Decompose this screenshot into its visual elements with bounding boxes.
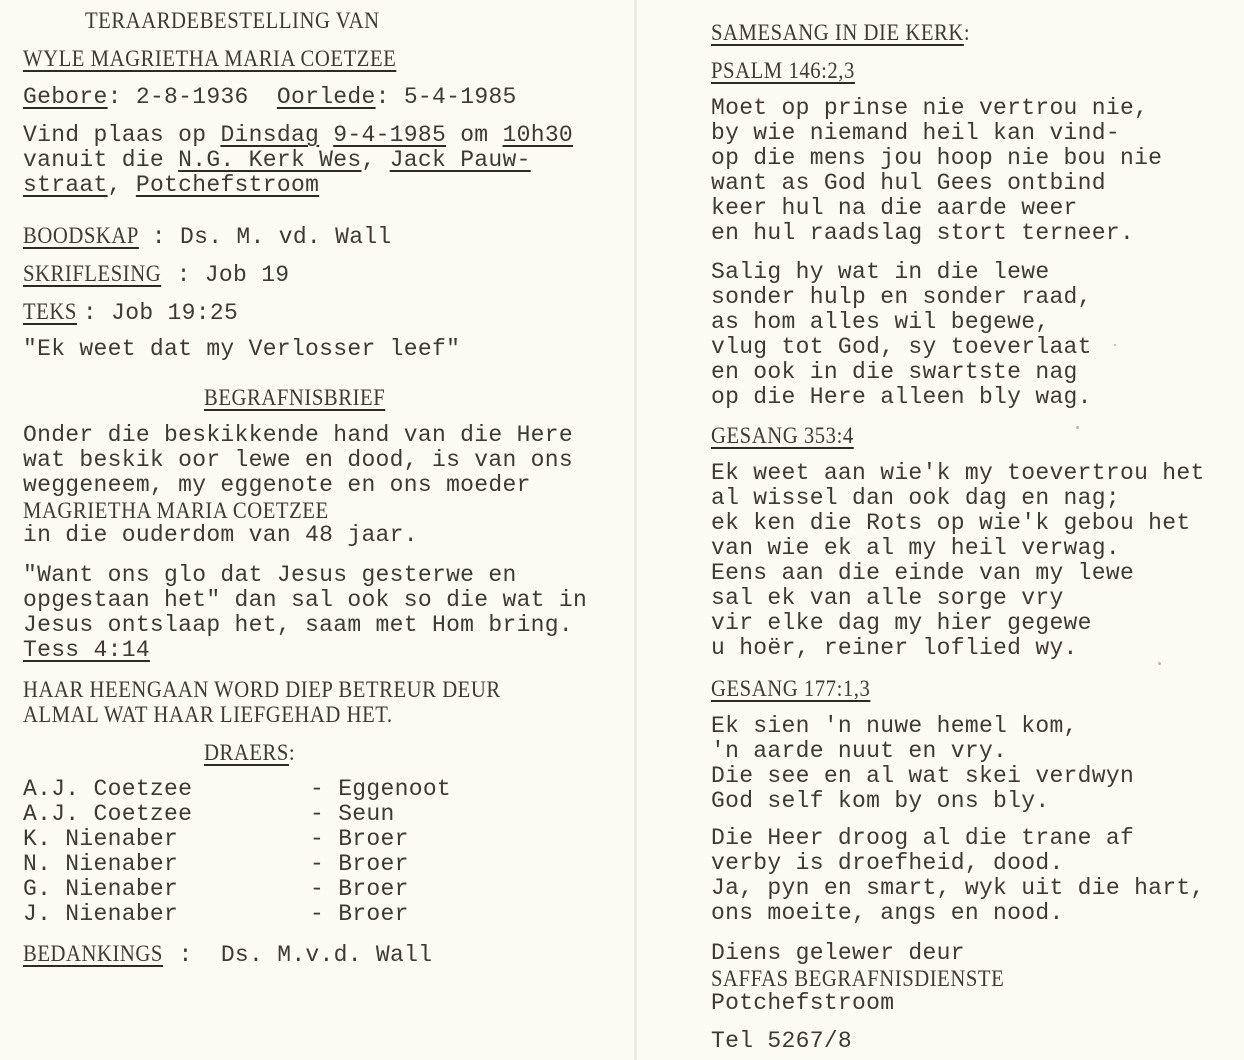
song-title: GESANG 353:4 <box>711 423 854 448</box>
brief-line: MAGRIETHA MARIA COETZEE <box>23 498 329 523</box>
pallbearer-name: G. Nienaber <box>23 877 178 902</box>
paper-speck <box>1158 662 1161 665</box>
song-lyric-line: u hoër, reiner loflied wy. <box>711 636 1078 661</box>
song-lyric-line: Ja, pyn en smart, wyk uit die hart, <box>711 876 1205 901</box>
paper-speck <box>1114 344 1116 346</box>
song-lyric-line: en ook in die swartste nag <box>711 360 1078 385</box>
song-lyric-line: op die mens jou hoop nie bou nie <box>711 146 1162 171</box>
born-date: 2-8-1936 <box>136 84 249 110</box>
service-time: 10h30 <box>503 122 574 148</box>
venue-line-1: Vind plaas op Dinsdag 9-4-1985 om 10h30 <box>23 123 573 148</box>
skriflesing-value: Job 19 <box>205 262 290 288</box>
song-lyric-line: by wie niemand heil kan vind- <box>711 121 1120 146</box>
venue-line-3: straat, Potchefstroom <box>23 173 319 198</box>
brief-heading: BEGRAFNISBRIEF <box>204 385 385 410</box>
service-day: Dinsdag <box>220 122 319 148</box>
boodskap-value: Ds. M. vd. Wall <box>180 224 392 250</box>
dates-line: Gebore: 2-8-1936 Oorlede: 5-4-1985 <box>23 85 517 110</box>
teks-label: TEKS <box>23 299 77 324</box>
program-header: TERAARDEBESTELLING VAN <box>85 8 380 33</box>
brief-line: in die ouderdom van 48 jaar. <box>23 523 418 548</box>
scripture-line: "Want ons glo dat Jesus gesterwe en <box>23 563 517 588</box>
scripture-line: opgestaan het" dan sal ook so die wat in <box>23 588 587 613</box>
bedankings-value: Ds. M.v.d. Wall <box>221 942 433 968</box>
boodskap-label: BOODSKAP <box>23 223 139 248</box>
song-lyric-line: en hul raadslag stort terneer. <box>711 221 1134 246</box>
venue-line-2: vanuit die N.G. Kerk Wes, Jack Pauw- <box>23 148 531 173</box>
funeral-program-scan: TERAARDEBESTELLING VAN WYLE MAGRIETHA MA… <box>0 0 1244 1060</box>
deceased-name-title: WYLE MAGRIETHA MARIA COETZEE <box>23 46 396 71</box>
footer-line: Diens gelewer deur <box>711 941 965 966</box>
song-lyric-line: ek ken die Rots op wie'k gebou het <box>711 511 1190 536</box>
pallbearer-role: - Broer <box>310 827 409 852</box>
song-title: PSALM 146:2,3 <box>711 58 855 83</box>
song-lyric-line: van wie ek al my heil verwag. <box>711 536 1120 561</box>
boodskap-line: BOODSKAP: Ds. M. vd. Wall <box>23 223 392 250</box>
mourn-line: HAAR HEENGAAN WORD DIEP BETREUR DEUR <box>23 677 501 702</box>
song-lyric-line: sonder hulp en sonder raad, <box>711 285 1092 310</box>
pallbearer-role: - Broer <box>310 877 409 902</box>
song-lyric-line: as hom alles wil begewe, <box>711 310 1049 335</box>
brief-line: weggeneem, my eggenote en ons moeder <box>23 473 531 498</box>
song-lyric-line: want as God hul Gees ontbind <box>711 171 1106 196</box>
singing-heading: SAMESANG IN DIE KERK: <box>711 20 970 45</box>
song-title: GESANG 177:1,3 <box>711 676 870 701</box>
quote-line: "Ek weet dat my Verlosser leef" <box>23 337 460 362</box>
died-label: Oorlede <box>277 84 376 110</box>
song-lyric-line: Die Heer droog al die trane af <box>711 826 1134 851</box>
pallbearer-role: - Seun <box>310 802 395 827</box>
pallbearer-name: A.J. Coetzee <box>23 802 192 827</box>
pallbearer-name: J. Nienaber <box>23 902 178 927</box>
teks-line: TEKS: Job 19:25 <box>23 299 238 326</box>
church-name: N.G. Kerk Wes <box>178 147 361 173</box>
footer-line: SAFFAS BEGRAFNISDIENSTE <box>711 966 1004 991</box>
song-lyric-line: 'n aarde nuut en vry. <box>711 739 1007 764</box>
skriflesing-line: SKRIFLESING: Job 19 <box>23 261 289 288</box>
song-lyric-line: verby is droefheid, dood. <box>711 851 1064 876</box>
song-lyric-line: keer hul na die aarde weer <box>711 196 1078 221</box>
song-lyric-line: vlug tot God, sy toeverlaat <box>711 335 1092 360</box>
song-lyric-line: Ek weet aan wie'k my toevertrou het <box>711 461 1205 486</box>
died-date: 5-4-1985 <box>404 84 517 110</box>
scripture-line: Jesus ontslaap het, saam met Hom bring. <box>23 613 573 638</box>
scripture-ref: Tess 4:14 <box>23 638 150 663</box>
song-lyric-line: op die Here alleen bly wag. <box>711 385 1092 410</box>
city-name: Potchefstroom <box>136 172 319 198</box>
song-lyric-line: al wissel dan ook dag en nag; <box>711 486 1120 511</box>
pallbearer-role: - Broer <box>310 902 409 927</box>
born-label: Gebore <box>23 84 108 110</box>
song-lyric-line: Moet op prinse nie vertrou nie, <box>711 96 1148 121</box>
song-lyric-line: Salig hy wat in die lewe <box>711 260 1049 285</box>
pallbearer-name: N. Nienaber <box>23 852 178 877</box>
song-lyric-line: vir elke dag my hier gegewe <box>711 611 1092 636</box>
mourn-line: ALMAL WAT HAAR LIEFGEHAD HET. <box>23 702 393 727</box>
pallbearer-name: K. Nienaber <box>23 827 178 852</box>
skriflesing-label: SKRIFLESING <box>23 261 161 286</box>
bedankings-line: BEDANKINGS: Ds. M.v.d. Wall <box>23 941 432 968</box>
pallbearer-role: - Eggenoot <box>310 777 451 802</box>
paper-fold <box>634 0 637 1060</box>
teks-value: Job 19:25 <box>111 300 238 326</box>
footer-line: Potchefstroom <box>711 991 894 1016</box>
song-lyric-line: Eens aan die einde van my lewe <box>711 561 1134 586</box>
song-lyric-line: sal ek van alle sorge vry <box>711 586 1064 611</box>
brief-line: wat beskik oor lewe en dood, is van ons <box>23 448 573 473</box>
song-lyric-line: ons moeite, angs en nood. <box>711 901 1064 926</box>
brief-line: Onder die beskikkende hand van die Here <box>23 423 573 448</box>
pallbearer-name: A.J. Coetzee <box>23 777 192 802</box>
street-part-2: straat <box>23 172 108 198</box>
paper-speck <box>1076 426 1079 429</box>
song-lyric-line: Die see en al wat skei verdwyn <box>711 764 1134 789</box>
pallbearer-role: - Broer <box>310 852 409 877</box>
service-date: 9-4-1985 <box>333 122 446 148</box>
street-part-1: Jack Pauw- <box>390 147 531 173</box>
telephone: Tel 5267/8 <box>711 1029 852 1054</box>
draers-heading: DRAERS: <box>204 740 295 765</box>
song-lyric-line: Ek sien 'n nuwe hemel kom, <box>711 714 1078 739</box>
song-lyric-line: God self kom by ons bly. <box>711 789 1049 814</box>
bedankings-label: BEDANKINGS <box>23 941 163 966</box>
